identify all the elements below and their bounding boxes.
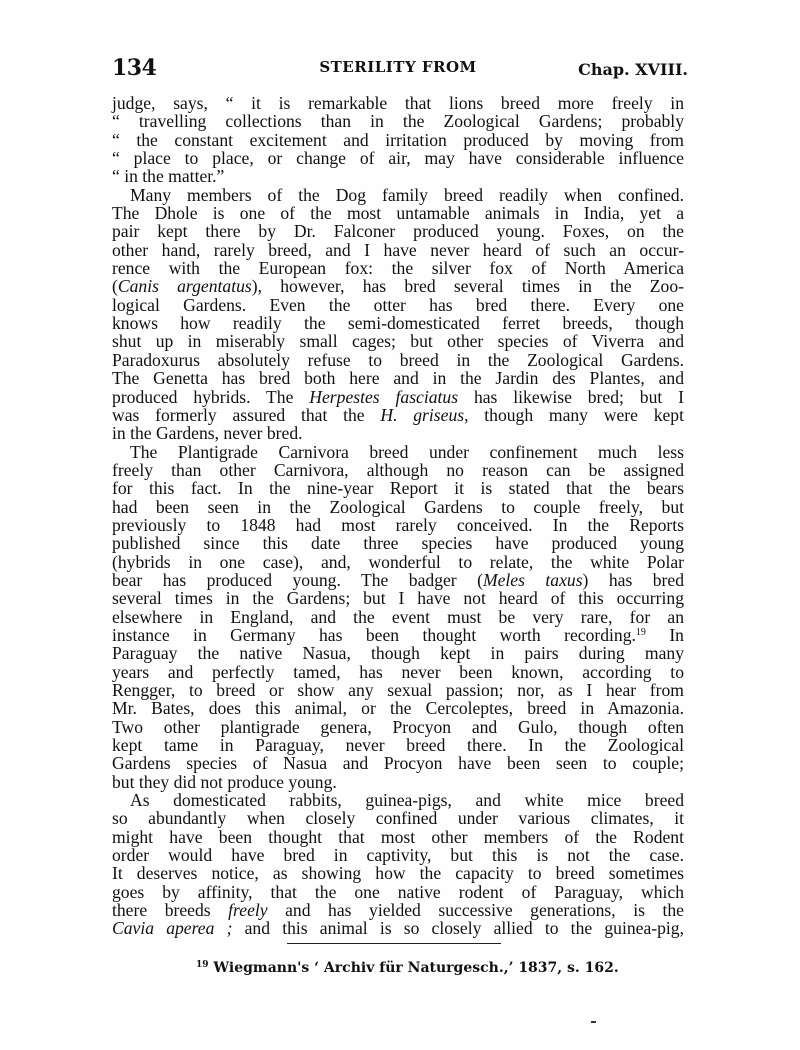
text-line: Two other plantigrade genera, Procyon an…: [112, 718, 684, 736]
text-segment: ) has bred: [583, 570, 684, 590]
book-page: 134 STERILITY FROM Chap. XVIII. judge, s…: [0, 0, 800, 1050]
text-segment: has likewise bred; but I: [458, 387, 684, 407]
text-line: but they did not produce young.: [112, 773, 684, 791]
running-head: 134 STERILITY FROM Chap. XVIII.: [112, 55, 684, 79]
text-segment: , though many were kept: [464, 405, 684, 425]
text-line: elsewhere in England, and the event must…: [112, 608, 684, 626]
text-line: rence with the European fox: the silver …: [112, 259, 684, 277]
italic-term: Meles taxus: [483, 570, 583, 590]
text-line: Cavia aperea ; and this animal is so clo…: [112, 919, 684, 937]
text-line: Many members of the Dog family breed rea…: [112, 186, 684, 204]
text-line: “ place to place, or change of air, may …: [112, 149, 684, 167]
text-line: several times in the Gardens; but I have…: [112, 589, 684, 607]
text-line: freely than other Carnivora, although no…: [112, 461, 684, 479]
text-line: instance in Germany has been thought wor…: [112, 626, 684, 644]
italic-term: freely: [228, 900, 267, 920]
text-line: bear has produced young. The badger (Mel…: [112, 571, 684, 589]
text-line: published since this date three species …: [112, 534, 684, 552]
text-line: produced hybrids. The Herpestes fasciatu…: [112, 388, 684, 406]
text-line: Paradoxurus absolutely refuse to breed i…: [112, 351, 684, 369]
text-segment: ), however, has bred several times in th…: [252, 276, 684, 296]
footnote: 19 Wiegmann's ‘ Archiv für Naturgesch.,’…: [196, 960, 619, 976]
text-segment: there breeds: [112, 900, 228, 920]
text-line: Gardens species of Nasua and Procyon hav…: [112, 754, 684, 772]
text-line: “ the constant excitement and irritation…: [112, 131, 684, 149]
text-line: The Genetta has bred both here and in th…: [112, 369, 684, 387]
text-line: judge, says, “ it is remarkable that lio…: [112, 94, 684, 112]
text-segment: instance in Germany has been thought wor…: [112, 625, 636, 645]
text-line: It deserves notice, as showing how the c…: [112, 864, 684, 882]
text-segment: was formerly assured that the: [112, 405, 380, 425]
footnote-rule: [287, 943, 501, 944]
text-line: was formerly assured that the H. griseus…: [112, 406, 684, 424]
text-line: Rengger, to breed or show any sexual pas…: [112, 681, 684, 699]
italic-term: Canis argentatus: [118, 276, 252, 296]
text-line: for this fact. In the nine-year Report i…: [112, 479, 684, 497]
italic-term: Cavia aperea ;: [112, 918, 232, 938]
text-segment: and has yielded successive generations, …: [268, 900, 684, 920]
text-line: “ in the matter.”: [112, 167, 684, 185]
text-line: previously to 1848 had most rarely conce…: [112, 516, 684, 534]
text-line: had been seen in the Zoological Gardens …: [112, 498, 684, 516]
text-line: might have been thought that most other …: [112, 828, 684, 846]
text-line: in the Gardens, never bred.: [112, 424, 684, 442]
text-segment: produced hybrids. The: [112, 387, 309, 407]
text-line: logical Gardens. Even the otter has bred…: [112, 296, 684, 314]
text-line: knows how readily the semi-domesticated …: [112, 314, 684, 332]
text-line: goes by affinity, that the one native ro…: [112, 883, 684, 901]
text-segment: and this animal is so closely allied to …: [232, 918, 684, 938]
footnote-marker: 19: [196, 960, 209, 970]
scan-speck: [591, 1021, 596, 1023]
text-line: The Dhole is one of the most untamable a…: [112, 204, 684, 222]
text-line: years and perfectly tamed, has never bee…: [112, 663, 684, 681]
text-line: there breeds freely and has yielded succ…: [112, 901, 684, 919]
footnote-text: Wiegmann's ‘ Archiv für Naturgesch.,’ 18…: [213, 960, 618, 976]
text-segment: In: [646, 625, 684, 645]
text-segment: bear has produced young. The badger (: [112, 570, 483, 590]
text-line: As domesticated rabbits, guinea-pigs, an…: [112, 791, 684, 809]
text-line: kept tame in Paraguay, never breed there…: [112, 736, 684, 754]
italic-term: H. griseus: [380, 405, 464, 425]
text-line: other hand, rarely breed, and I have nev…: [112, 241, 684, 259]
chapter-label: Chap. XVIII.: [578, 60, 688, 79]
text-line: (Canis argentatus), however, has bred se…: [112, 277, 684, 295]
body-text: judge, says, “ it is remarkable that lio…: [112, 94, 684, 938]
text-line: so abundantly when closely confined unde…: [112, 809, 684, 827]
text-line: (hybrids in one case), and, wonderful to…: [112, 553, 684, 571]
text-line: shut up in miserably small cages; but ot…: [112, 332, 684, 350]
text-line: Paraguay the native Nasua, though kept i…: [112, 644, 684, 662]
text-line: pair kept there by Dr. Falconer produced…: [112, 222, 684, 240]
text-line: The Plantigrade Carnivora breed under co…: [112, 443, 684, 461]
text-line: order would have bred in captivity, but …: [112, 846, 684, 864]
text-line: Mr. Bates, does this animal, or the Cerc…: [112, 699, 684, 717]
italic-term: Herpestes fasciatus: [309, 387, 458, 407]
text-line: “ travelling collections than in the Zoo…: [112, 112, 684, 130]
footnote-reference[interactable]: 19: [636, 627, 646, 638]
